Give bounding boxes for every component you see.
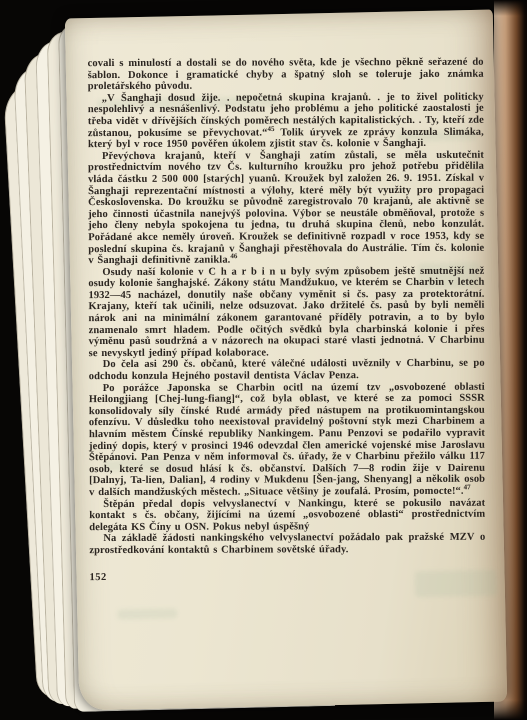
- page-number: 152: [89, 570, 485, 583]
- paragraph: Štěpán předal dopis velvyslanectví v Nan…: [89, 497, 485, 533]
- paragraph: Osudy naší kolonie v C h a r b i n u byl…: [88, 265, 484, 359]
- footnote-marker: 45: [267, 124, 274, 132]
- bleed-through-smudge: [117, 608, 177, 619]
- page-text: covali s minulostí a dostali se do novéh…: [88, 57, 486, 584]
- paragraph-text: Převýchova krajanů, kteří v Šanghaji zat…: [88, 149, 484, 266]
- paragraph-text: covali s minulostí a dostali se do novéh…: [88, 57, 484, 93]
- paragraph: Do čela asi 290 čs. občanů, které válečn…: [89, 358, 485, 383]
- footnote-marker: 46: [230, 252, 237, 260]
- paragraph: Po porážce Japonska se Charbin ocitl na …: [89, 381, 485, 498]
- paragraph-text: Na základě žádosti nankingského velvysla…: [89, 532, 485, 556]
- book-scan: covali s minulostí a dostali se do novéh…: [0, 0, 527, 720]
- paragraph: covali s minulostí a dostali se do novéh…: [88, 57, 484, 93]
- paragraph-text: Osudy naší kolonie v C h a r b i n u byl…: [88, 265, 484, 359]
- footnote-marker: 47: [464, 483, 471, 491]
- paragraph-text: Po porážce Japonska se Charbin ocitl na …: [89, 381, 485, 498]
- book-page: covali s minulostí a dostali se do novéh…: [65, 10, 507, 711]
- paragraph: Na základě žádosti nankingského velvysla…: [89, 532, 485, 557]
- paragraph-text: Štěpán předal dopis velvyslanectví v Nan…: [89, 497, 485, 533]
- paragraph: „V Šanghaji dosud žije. . nepočetná skup…: [88, 91, 484, 150]
- paragraph-text: Do čela asi 290 čs. občanů, které válečn…: [89, 358, 485, 382]
- paragraph: Převýchova krajanů, kteří v Šanghaji zat…: [88, 149, 484, 266]
